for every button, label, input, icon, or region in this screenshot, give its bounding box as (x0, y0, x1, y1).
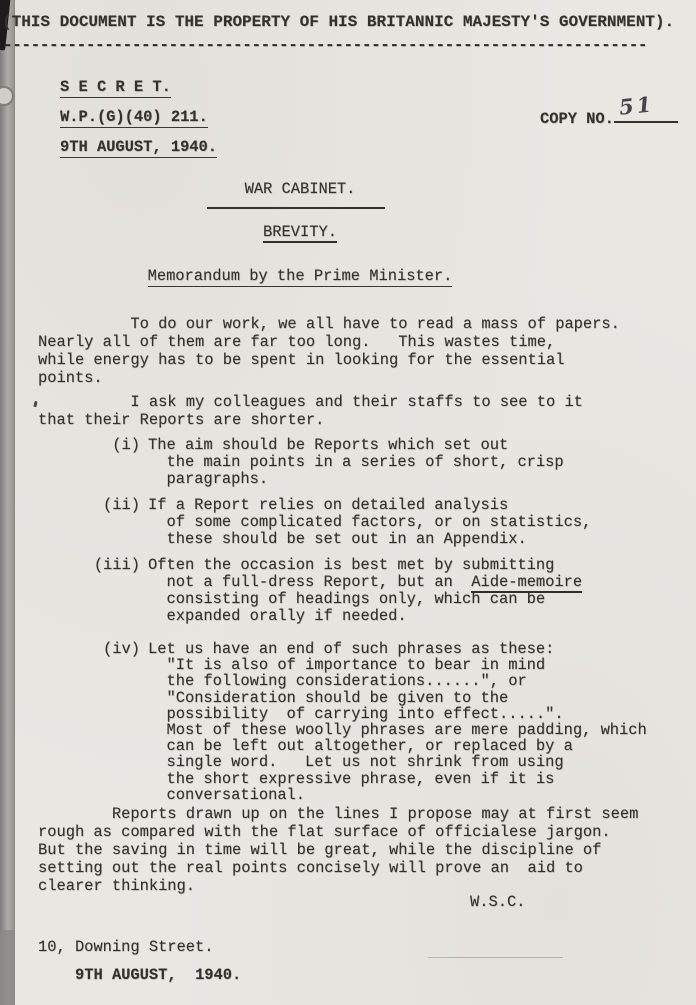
binding-strip (0, 0, 15, 1005)
paragraph-1: To do our work, we all have to read a ma… (38, 315, 658, 387)
copy-no-label: COPY NO. (540, 110, 614, 128)
reference-number: W.P.(G)(40) 211. (60, 108, 208, 126)
reference-text: W.P.(G)(40) 211. (60, 108, 208, 128)
divider-dashes: ----------------------------------------… (3, 36, 695, 54)
war-cabinet-rule (207, 207, 385, 209)
item-iii-text: Often the occasion is best met by submit… (148, 557, 582, 625)
memo-subtitle: Memorandum by the Prime Minister. (38, 267, 562, 285)
date-text: 9TH AUGUST, 1940. (60, 138, 217, 158)
closing-paragraph: Reports drawn up on the lines I propose … (38, 805, 688, 895)
list-item-iii: (iii) Often the occasion is best met by … (92, 557, 582, 625)
item-iv-marker: (iv) (92, 641, 140, 657)
brevity-title: BREVITY. (38, 223, 562, 241)
item-i-text: The aim should be Reports which set out … (148, 437, 564, 488)
paragraph-2: I ask my colleagues and their staffs to … (38, 393, 658, 429)
stray-ink-mark (33, 401, 37, 407)
date-line: 9TH AUGUST, 1940. (60, 138, 217, 156)
item-iv-text: Let us have an end of such phrases as th… (148, 641, 688, 803)
copy-no-handwritten-value: 51 (618, 94, 655, 118)
brevity-title-text: BREVITY. (263, 223, 337, 243)
item-iii-text-after: consisting of headings only, which can b… (148, 590, 545, 625)
footer-date: 9TH AUGUST, 1940. (75, 966, 241, 984)
copy-number: COPY NO.51 (540, 105, 678, 128)
signature-initials: W.S.C. (470, 893, 525, 911)
item-ii-text: If a Report relies on detailed analysis … (148, 497, 591, 548)
item-ii-marker: (ii) (92, 497, 140, 514)
classification-text: S E C R E T. (60, 78, 171, 98)
memo-subtitle-text: Memorandum by the Prime Minister. (148, 267, 453, 287)
item-iii-marker: (iii) (92, 557, 140, 574)
faint-scan-line (428, 957, 563, 958)
list-item-i: (i) The aim should be Reports which set … (92, 437, 564, 488)
classification-secret: S E C R E T. (60, 78, 171, 96)
document-page: (THIS DOCUMENT IS THE PROPERTY OF HIS BR… (0, 0, 696, 1005)
item-i-marker: (i) (92, 437, 140, 454)
binding-strip-shadow (0, 930, 15, 1005)
copy-no-line: 51 (614, 105, 678, 123)
war-cabinet-heading: WAR CABINET. (38, 180, 562, 198)
list-item-iv: (iv) Let us have an end of such phrases … (92, 641, 688, 803)
property-line: (THIS DOCUMENT IS THE PROPERTY OF HIS BR… (2, 13, 674, 31)
list-item-ii: (ii) If a Report relies on detailed anal… (92, 497, 591, 548)
address-line: 10, Downing Street. (38, 938, 213, 956)
